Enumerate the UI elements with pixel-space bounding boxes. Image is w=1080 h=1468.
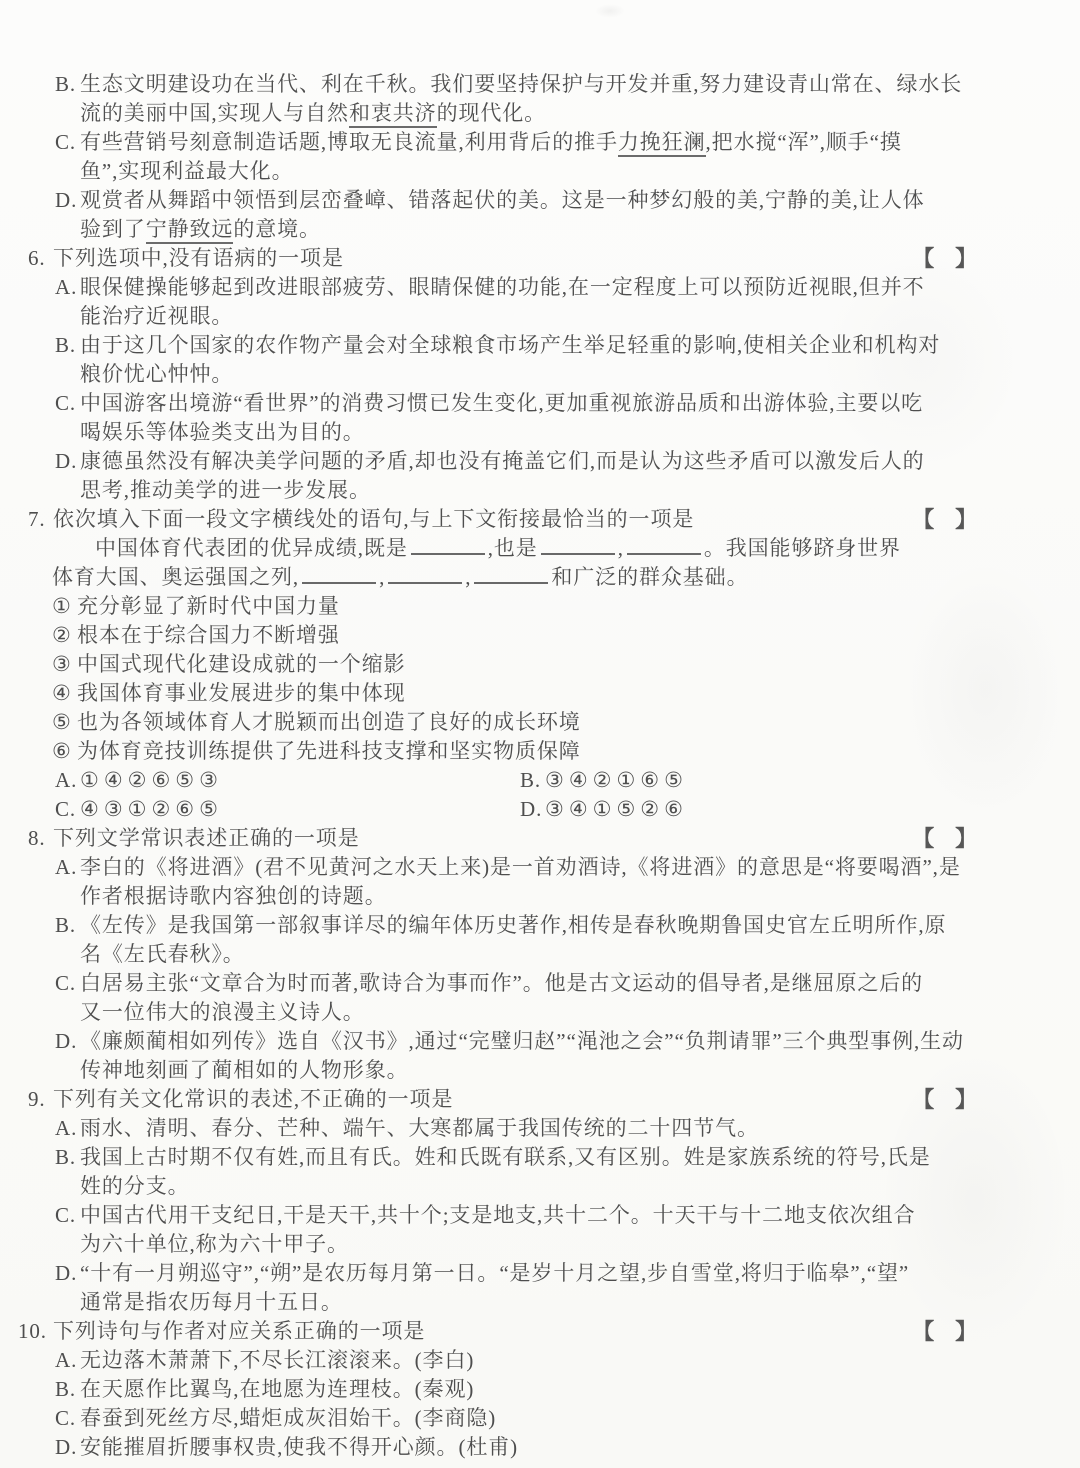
option-line: C.春蚕到死丝方尽,蜡炬成灰泪始干。(李商隐)	[28, 1404, 1080, 1433]
fill-in-blank	[388, 565, 462, 584]
question-number: 10.	[18, 1317, 53, 1346]
question-line: 10.下列诗句与作者对应关系正确的一项是【】	[28, 1317, 1080, 1346]
bracket-open: 【	[912, 1087, 935, 1112]
option-letter: C.	[55, 389, 80, 418]
option-letter: A.	[55, 853, 80, 882]
option-letter: A.	[55, 1346, 80, 1375]
option-continuation-line: 喝娱乐等体验类支出为目的。	[28, 418, 1080, 447]
option-continuation-line: 能治疗近视眼。	[28, 302, 1080, 331]
option-continuation-line: 思考,推动美学的进一步发展。	[28, 476, 1080, 505]
question-line: 8.下列文学常识表述正确的一项是【】	[28, 824, 1080, 853]
option-line: A.李白的《将进酒》(君不见黄河之水天上来)是一首劝酒诗,《将进酒》的意思是“将…	[28, 853, 1080, 882]
choices-line: A.①④②⑥⑤③B.③④②①⑥⑤	[28, 766, 1080, 795]
text-segment: 根本在于综合国力不断增强	[77, 623, 340, 647]
fill-in-blank	[627, 536, 701, 555]
fill-in-blank	[411, 536, 485, 555]
text-segment: 有些营销号刻意制造话题,博取无良流量,利用背后的推手	[80, 130, 618, 154]
text-segment: 雨水、清明、春分、芒种、端午、大寒都属于我国传统的二十四节气。	[80, 1116, 759, 1140]
bracket-open: 【	[912, 246, 935, 271]
text-segment: 体育大国、奥运强国之列,	[52, 565, 299, 589]
option-letter: C.	[55, 795, 80, 824]
text-segment: 下列文学常识表述正确的一项是	[53, 826, 360, 850]
sequence-item-line: ①充分彰显了新时代中国力量	[28, 592, 1080, 621]
question-number: 8.	[28, 824, 53, 853]
sequence-item-line: ⑤也为各领域体育人才脱颖而出创造了良好的成长环境	[28, 708, 1080, 737]
choice-sequence: ①④②⑥⑤③	[80, 768, 223, 792]
item-number: ⑤	[52, 708, 77, 737]
underlined-phrase: 和衷共济	[349, 101, 437, 128]
option-line: C.有些营销号刻意制造话题,博取无良流量,利用背后的推手力挽狂澜,把水搅“浑”,…	[28, 128, 1080, 157]
text-segment: 能治疗近视眼。	[80, 304, 233, 328]
text-segment: 。我国能够跻身世界	[704, 536, 901, 560]
text-segment: 的意境。	[233, 217, 321, 241]
fill-in-blank	[302, 565, 376, 584]
text-segment: 在天愿作比翼鸟,在地愿为连理枝。(秦观)	[80, 1377, 474, 1401]
choice-sequence: ④③①②⑥⑤	[80, 797, 223, 821]
scan-artifact	[595, 4, 625, 18]
sequence-item-line: ②根本在于综合国力不断增强	[28, 621, 1080, 650]
option-line: C.中国游客出境游“看世界”的消费习惯已发生变化,更加重视旅游品质和出游体验,主…	[28, 389, 1080, 418]
option-letter: B.	[55, 70, 80, 99]
option-line: D.《廉颇蔺相如列传》选自《汉书》,通过“完璧归赵”“渑池之会”“负荆请罪”三个…	[28, 1027, 1080, 1056]
option-line: B.在天愿作比翼鸟,在地愿为连理枝。(秦观)	[28, 1375, 1080, 1404]
option-continuation-line: 粮价忧心忡忡。	[28, 360, 1080, 389]
option-continuation-line: 通常是指农历每月十五日。	[28, 1288, 1080, 1317]
bracket-close: 】	[955, 507, 978, 532]
text-segment: 为体育竞技训练提供了先进科技支撑和坚实物质保障	[77, 739, 581, 763]
text-segment: 思考,推动美学的进一步发展。	[80, 478, 371, 502]
bracket-open: 【	[912, 1319, 935, 1344]
option-continuation-line: 又一位伟大的浪漫主义诗人。	[28, 998, 1080, 1027]
option-letter: A.	[55, 1114, 80, 1143]
option-letter: C.	[55, 128, 80, 157]
text-segment: 为六十单位,称为六十甲子。	[80, 1232, 349, 1256]
item-number: ④	[52, 679, 77, 708]
option-letter: D.	[55, 1259, 80, 1288]
fill-in-blank	[474, 565, 548, 584]
option-letter: D.	[55, 186, 80, 215]
answer-bracket: 【】	[912, 505, 978, 534]
scanned-exam-page: B.生态文明建设功在当代、利在千秋。我们要坚持保护与开发并重,努力建设青山常在、…	[0, 0, 1080, 1468]
paragraph-line: 体育大国、奥运强国之列,,,和广泛的群众基础。	[28, 563, 1080, 592]
text-segment: 和广泛的群众基础。	[551, 565, 748, 589]
text-segment: 下列诗句与作者对应关系正确的一项是	[53, 1319, 425, 1343]
question-number: 6.	[28, 244, 53, 273]
text-segment: 康德虽然没有解决美学问题的矛盾,却也没有掩盖它们,而是认为这些矛盾可以激发后人的	[80, 449, 925, 473]
option-letter: A.	[55, 766, 80, 795]
option-continuation-line: 姓的分支。	[28, 1172, 1080, 1201]
bracket-open: 【	[912, 826, 935, 851]
text-segment: 我国上古时期不仅有姓,而且有氏。姓和氏既有联系,又有区别。姓是家族系统的符号,氏…	[80, 1145, 931, 1169]
item-number: ⑥	[52, 737, 77, 766]
option-continuation-line: 为六十单位,称为六十甲子。	[28, 1230, 1080, 1259]
text-segment: 中国游客出境游“看世界”的消费习惯已发生变化,更加重视旅游品质和出游体验,主要以…	[80, 391, 923, 415]
text-segment: ,把水搅“浑”,顺手“摸	[706, 130, 902, 154]
option-letter: D.	[520, 795, 545, 824]
choice-sequence: ③④②①⑥⑤	[545, 768, 688, 792]
text-segment: ,	[465, 565, 471, 589]
choice-option: A.①④②⑥⑤③	[55, 768, 223, 792]
bracket-close: 】	[955, 246, 978, 271]
option-letter: C.	[55, 1201, 80, 1230]
item-number: ①	[52, 592, 77, 621]
option-line: B.由于这几个国家的农作物产量会对全球粮食市场产生举足轻重的影响,使相关企业和机…	[28, 331, 1080, 360]
text-segment: 生态文明建设功在当代、利在千秋。我们要坚持保护与开发并重,努力建设青山常在、绿水…	[80, 72, 962, 96]
option-line: D.“十有一月朔巡守”,“朔”是农历每月第一日。“是岁十月之望,步自雪堂,将归于…	[28, 1259, 1080, 1288]
text-segment: 粮价忧心忡忡。	[80, 362, 233, 386]
option-continuation-line: 传神地刻画了蔺相如的人物形象。	[28, 1056, 1080, 1085]
sequence-item-line: ⑥为体育竞技训练提供了先进科技支撑和坚实物质保障	[28, 737, 1080, 766]
option-letter: D.	[55, 447, 80, 476]
option-continuation-line: 流的美丽中国,实现人与自然和衷共济的现代化。	[28, 99, 1080, 128]
text-segment: ,	[618, 536, 624, 560]
text-segment: 充分彰显了新时代中国力量	[77, 594, 340, 618]
text-segment: 通常是指农历每月十五日。	[80, 1290, 343, 1314]
option-line: B.我国上古时期不仅有姓,而且有氏。姓和氏既有联系,又有区别。姓是家族系统的符号…	[28, 1143, 1080, 1172]
text-segment: 流的美丽中国,实现人与自然	[80, 101, 349, 125]
question-line: 9.下列有关文化常识的表述,不正确的一项是【】	[28, 1085, 1080, 1114]
exam-body: B.生态文明建设功在当代、利在千秋。我们要坚持保护与开发并重,努力建设青山常在、…	[28, 70, 1080, 1462]
option-letter: B.	[55, 331, 80, 360]
text-segment: 白居易主张“文章合为时而著,歌诗合为事而作”。他是古文运动的倡导者,是继屈原之后…	[80, 971, 923, 995]
text-segment: 下列选项中,没有语病的一项是	[53, 246, 344, 270]
item-number: ③	[52, 650, 77, 679]
text-segment: 鱼”,实现利益最大化。	[80, 159, 293, 183]
text-segment: 依次填入下面一段文字横线处的语句,与上下文衔接最恰当的一项是	[53, 507, 694, 531]
text-segment: 我国体育事业发展进步的集中体现	[77, 681, 406, 705]
option-continuation-line: 验到了宁静致远的意境。	[28, 215, 1080, 244]
option-letter: A.	[55, 273, 80, 302]
option-letter: D.	[55, 1027, 80, 1056]
text-segment: 《左传》是我国第一部叙事详尽的编年体历史著作,相传是春秋晚期鲁国史官左丘明所作,…	[80, 913, 946, 937]
item-number: ②	[52, 621, 77, 650]
bracket-close: 】	[955, 826, 978, 851]
option-letter: B.	[55, 1375, 80, 1404]
text-segment: 中国式现代化建设成就的一个缩影	[77, 652, 406, 676]
question-line: 7.依次填入下面一段文字横线处的语句,与上下文衔接最恰当的一项是【】	[28, 505, 1080, 534]
text-segment: 观赏者从舞蹈中领悟到层峦叠嶂、错落起伏的美。这是一种梦幻般的美,宁静的美,让人体	[80, 188, 925, 212]
text-segment: 姓的分支。	[80, 1174, 190, 1198]
option-line: D.康德虽然没有解决美学问题的矛盾,却也没有掩盖它们,而是认为这些矛盾可以激发后…	[28, 447, 1080, 476]
option-line: D.观赏者从舞蹈中领悟到层峦叠嶂、错落起伏的美。这是一种梦幻般的美,宁静的美,让…	[28, 186, 1080, 215]
text-segment: “十有一月朔巡守”,“朔”是农历每月第一日。“是岁十月之望,步自雪堂,将归于临皋…	[80, 1261, 909, 1285]
text-segment: 作者根据诗歌内容独创的诗题。	[80, 884, 387, 908]
option-line: C.中国古代用干支纪日,干是天干,共十个;支是地支,共十二个。十天干与十二地支依…	[28, 1201, 1080, 1230]
choice-option: B.③④②①⑥⑤	[520, 766, 688, 795]
option-line: A.无边落木萧萧下,不尽长江滚滚来。(李白)	[28, 1346, 1080, 1375]
text-segment: 李白的《将进酒》(君不见黄河之水天上来)是一首劝酒诗,《将进酒》的意思是“将要喝…	[80, 855, 961, 879]
option-line: A.雨水、清明、春分、芒种、端午、大寒都属于我国传统的二十四节气。	[28, 1114, 1080, 1143]
text-segment: 春蚕到死丝方尽,蜡炬成灰泪始干。(李商隐)	[80, 1406, 496, 1430]
text-segment: 中国体育代表团的优异成绩,既是	[95, 536, 408, 560]
choice-option: C.④③①②⑥⑤	[55, 797, 223, 821]
answer-bracket: 【】	[912, 244, 978, 273]
text-segment: 无边落木萧萧下,不尽长江滚滚来。(李白)	[80, 1348, 474, 1372]
text-segment: 的现代化。	[437, 101, 547, 125]
question-number: 9.	[28, 1085, 53, 1114]
text-segment: 名《左氏春秋》。	[80, 942, 245, 966]
option-letter: C.	[55, 1404, 80, 1433]
option-line: C.白居易主张“文章合为时而著,歌诗合为事而作”。他是古文运动的倡导者,是继屈原…	[28, 969, 1080, 998]
choices-line: C.④③①②⑥⑤D.③④①⑤②⑥	[28, 795, 1080, 824]
option-line: B.生态文明建设功在当代、利在千秋。我们要坚持保护与开发并重,努力建设青山常在、…	[28, 70, 1080, 99]
text-segment: 验到了	[80, 217, 146, 241]
choice-option: D.③④①⑤②⑥	[520, 795, 688, 824]
option-letter: C.	[55, 969, 80, 998]
text-segment: ,也是	[488, 536, 538, 560]
text-segment: 喝娱乐等体验类支出为目的。	[80, 420, 365, 444]
option-continuation-line: 作者根据诗歌内容独创的诗题。	[28, 882, 1080, 911]
bracket-close: 】	[955, 1087, 978, 1112]
text-segment: 由于这几个国家的农作物产量会对全球粮食市场产生举足轻重的影响,使相关企业和机构对	[80, 333, 940, 357]
fill-in-blank	[541, 536, 615, 555]
underlined-phrase: 宁静致远	[146, 217, 234, 244]
answer-bracket: 【】	[912, 1317, 978, 1346]
answer-bracket: 【】	[912, 1085, 978, 1114]
text-segment: 眼保健操能够起到改进眼部疲劳、眼睛保健的功能,在一定程度上可以预防近视眼,但并不	[80, 275, 925, 299]
question-line: 6.下列选项中,没有语病的一项是【】	[28, 244, 1080, 273]
option-line: B.《左传》是我国第一部叙事详尽的编年体历史著作,相传是春秋晚期鲁国史官左丘明所…	[28, 911, 1080, 940]
bracket-open: 【	[912, 507, 935, 532]
text-segment: 安能摧眉折腰事权贵,使我不得开心颜。(杜甫)	[80, 1435, 518, 1459]
option-letter: B.	[55, 911, 80, 940]
sequence-item-line: ④我国体育事业发展进步的集中体现	[28, 679, 1080, 708]
option-line: A.眼保健操能够起到改进眼部疲劳、眼睛保健的功能,在一定程度上可以预防近视眼,但…	[28, 273, 1080, 302]
option-letter: B.	[520, 766, 545, 795]
option-continuation-line: 鱼”,实现利益最大化。	[28, 157, 1080, 186]
text-segment: ,	[379, 565, 385, 589]
option-letter: D.	[55, 1433, 80, 1462]
text-segment: 《廉颇蔺相如列传》选自《汉书》,通过“完璧归赵”“渑池之会”“负荆请罪”三个典型…	[80, 1029, 964, 1053]
text-segment: 也为各领域体育人才脱颖而出创造了良好的成长环境	[77, 710, 581, 734]
text-segment: 中国古代用干支纪日,干是天干,共十个;支是地支,共十二个。十天干与十二地支依次组…	[80, 1203, 915, 1227]
sequence-item-line: ③中国式现代化建设成就的一个缩影	[28, 650, 1080, 679]
option-continuation-line: 名《左氏春秋》。	[28, 940, 1080, 969]
text-segment: 下列有关文化常识的表述,不正确的一项是	[53, 1087, 453, 1111]
question-number: 7.	[28, 505, 53, 534]
underlined-phrase: 力挽狂澜	[618, 130, 706, 157]
paragraph-line: 中国体育代表团的优异成绩,既是,也是,。我国能够跻身世界	[28, 534, 1080, 563]
text-segment: 传神地刻画了蔺相如的人物形象。	[80, 1058, 409, 1082]
choice-sequence: ③④①⑤②⑥	[545, 797, 688, 821]
bracket-close: 】	[955, 1319, 978, 1344]
answer-bracket: 【】	[912, 824, 978, 853]
text-segment: 又一位伟大的浪漫主义诗人。	[80, 1000, 365, 1024]
option-letter: B.	[55, 1143, 80, 1172]
option-line: D.安能摧眉折腰事权贵,使我不得开心颜。(杜甫)	[28, 1433, 1080, 1462]
